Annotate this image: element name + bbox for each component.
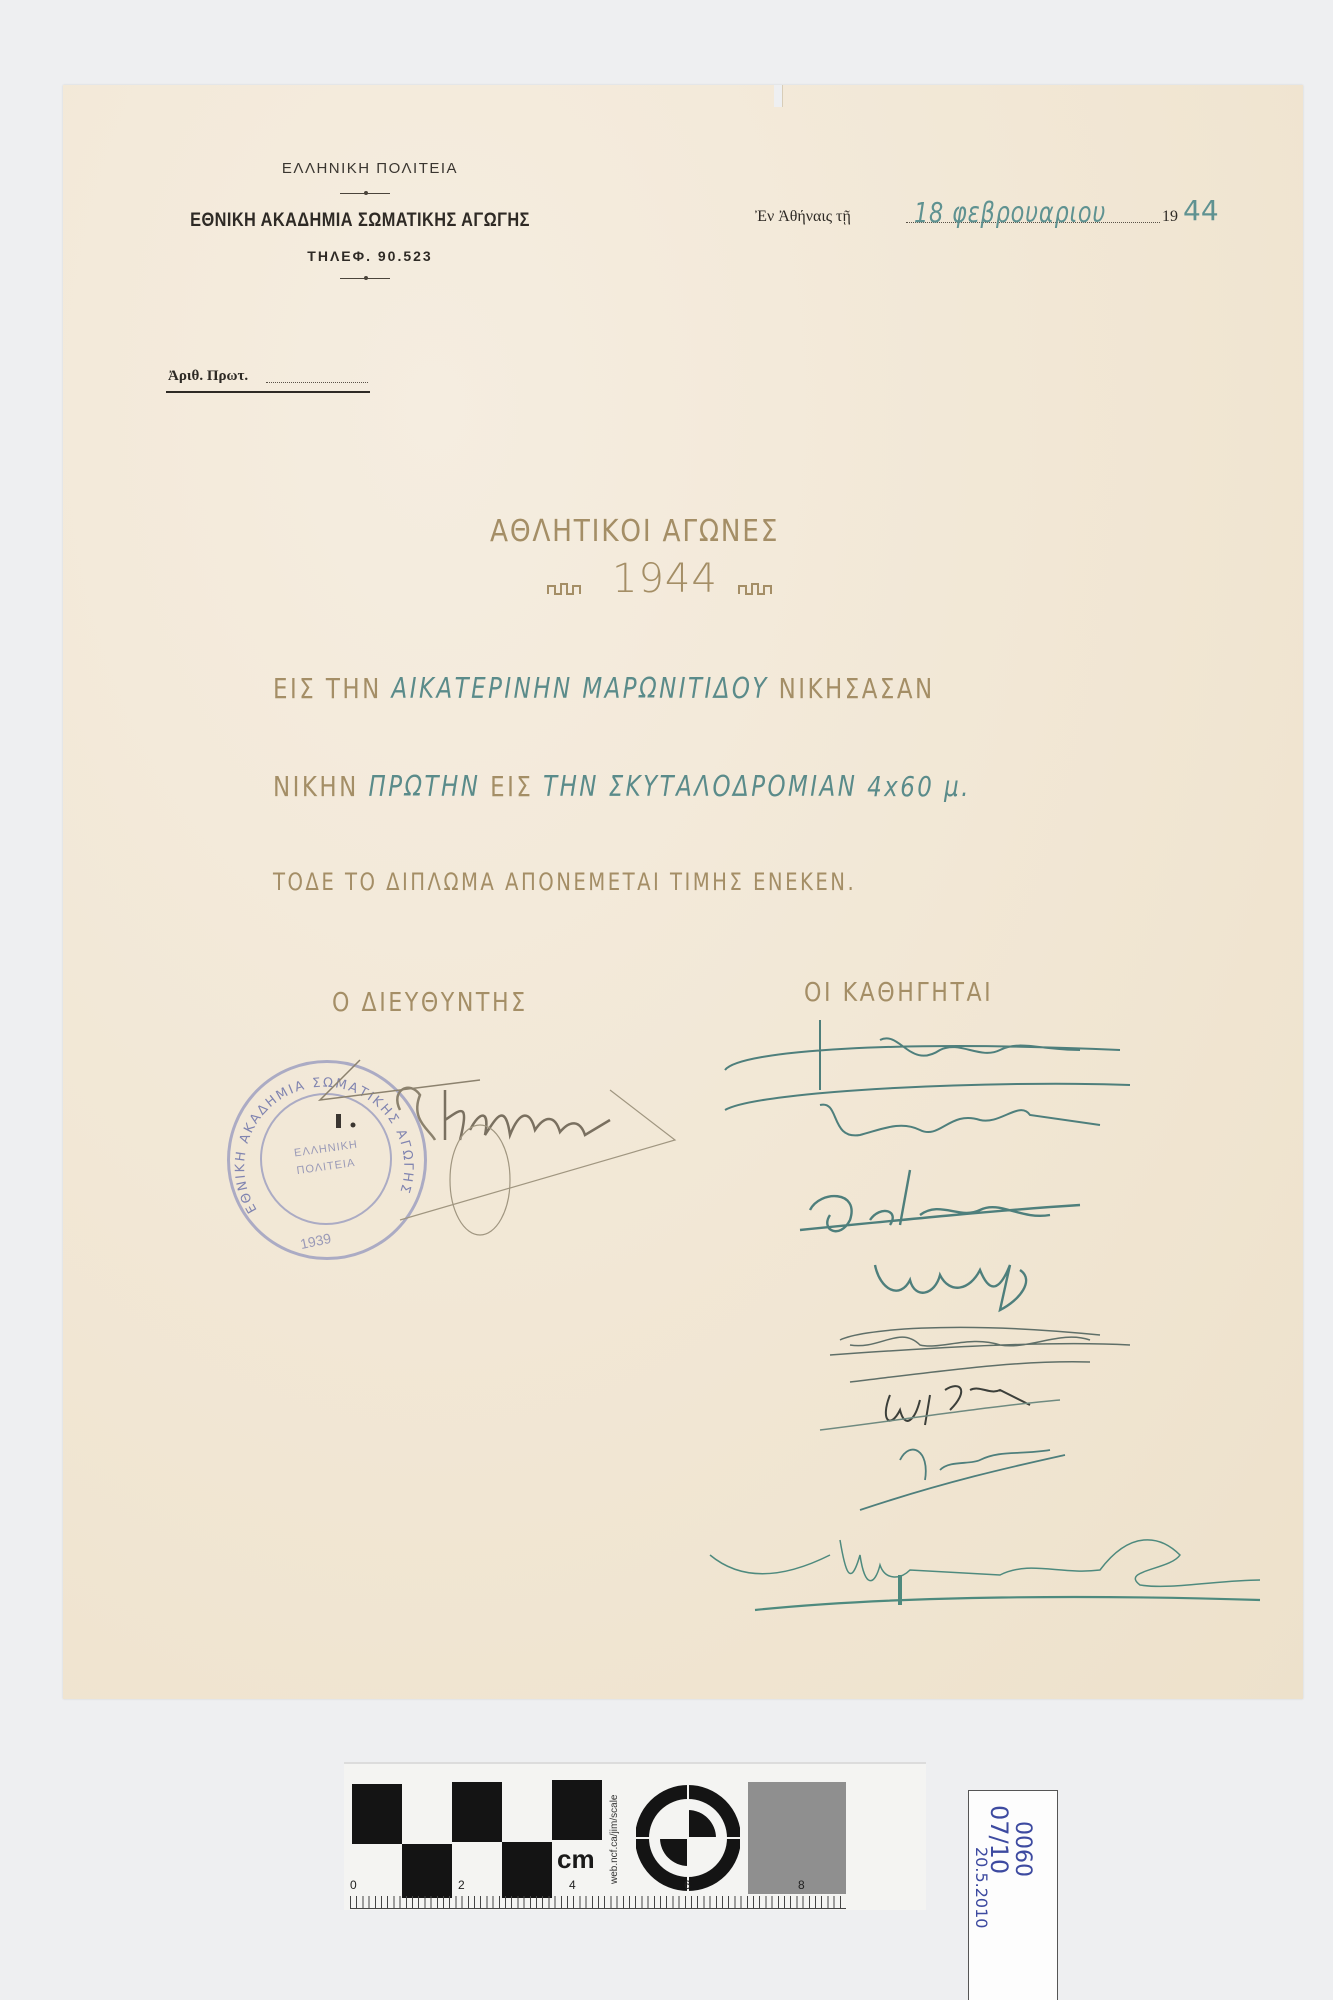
protocol-label: Ἀριθ. Πρωτ. — [168, 368, 248, 385]
scale-square — [552, 1780, 602, 1840]
date-year-handwritten: 44 — [1183, 194, 1219, 227]
scale-unit: cm — [557, 1844, 595, 1875]
body-line-2: ΝΙΚΗΝ ΠΡΩΤΗΝ ΕΙΣ ΤΗΝ ΣΚΥΤΑΛΟΔΡΟΜΙΑΝ 4x60… — [273, 770, 971, 803]
scale-tick-label: 6 — [684, 1878, 691, 1892]
body-line-1-suffix: ΝΙΚΗΣΑΣΑΝ — [779, 672, 935, 705]
recipient-name: ΑΙΚΑΤΕΡΙΝΗΝ ΜΑΡΩΝΙΤΙΔΟΥ — [392, 672, 769, 705]
professors-heading: ΟΙ ΚΑΘΗΓΗΤΑΙ — [804, 978, 993, 1008]
body-line-3: ΤΟΔΕ ΤΟ ΔΙΠΛΩΜΑ ΑΠΟΝΕΜΕΤΑΙ ΤΙΜΗΣ ΕΝΕΚΕΝ. — [273, 868, 856, 896]
scale-ruler-ticks — [350, 1896, 846, 1909]
scale-tick-label: 8 — [798, 1878, 805, 1892]
date-handwritten: 18 φεβρουαριου — [914, 196, 1106, 229]
letterhead-state: ΕΛΛΗΝΙΚΗ ΠΟΛΙΤΕΙΑ — [250, 160, 490, 177]
scale-tick-label: 0 — [350, 1878, 357, 1892]
body-line-1: ΕΙΣ ΤΗΝ ΑΙΚΑΤΕΡΙΝΗΝ ΜΑΡΩΝΙΤΙΔΟΥ ΝΙΚΗΣΑΣΑ… — [273, 672, 935, 705]
placement: ΠΡΩΤΗΝ — [369, 770, 481, 803]
body-line-2-prefix: ΝΙΚΗΝ — [273, 770, 359, 803]
professors-signatures — [700, 1010, 1260, 1610]
photo-scale-bar: cm web.ncf.ca/jim/scale 0 2 4 6 8 — [344, 1762, 926, 1910]
protocol-dotted-line — [266, 382, 368, 383]
paper-notch — [774, 85, 783, 107]
scale-tick-label: 2 — [458, 1878, 465, 1892]
body-line-2-mid: ΕΙΣ — [490, 770, 533, 803]
date-year-prefix: 19 — [1162, 208, 1178, 226]
body-line-1-prefix: ΕΙΣ ΤΗΝ — [273, 672, 382, 705]
scale-gray-patch — [748, 1782, 846, 1894]
meander-right-icon — [738, 582, 774, 596]
scale-tick-label: 4 — [569, 1878, 576, 1892]
diploma-year: 1944 — [612, 556, 718, 602]
event-name: ΤΗΝ ΣΚΥΤΑΛΟΔΡΟΜΙΑΝ 4x60 μ. — [543, 770, 971, 803]
director-signature — [320, 1050, 700, 1240]
scale-square — [502, 1842, 552, 1898]
meander-left-icon — [547, 582, 583, 596]
protocol-underline — [166, 391, 370, 393]
scale-square — [452, 1782, 502, 1842]
letterhead-phone: ΤΗΛΕΦ. 90.523 — [250, 248, 490, 264]
letterhead-divider-dot — [364, 191, 368, 195]
letterhead-institution: ΕΘΝΙΚΗ ΑΚΑΔΗΜΙΑ ΣΩΜΑΤΙΚΗΣ ΑΓΩΓΗΣ — [184, 210, 537, 232]
scale-square — [352, 1784, 402, 1844]
diploma-title: ΑΘΛΗΤΙΚΟΙ ΑΓΩΝΕΣ — [490, 514, 779, 549]
catalog-label: 0060 07/10 20.5.2010 — [968, 1790, 1058, 2000]
scale-square — [402, 1844, 452, 1898]
date-label: Ἐν Ἀθήναις τῇ — [755, 208, 851, 226]
letterhead-divider-dot-bottom — [364, 276, 368, 280]
catalog-date: 20.5.2010 — [972, 1847, 991, 1928]
scale-url: web.ncf.ca/jim/scale — [609, 1795, 620, 1884]
catalog-number: 0060 — [1010, 1821, 1035, 1877]
director-heading: Ο ΔΙΕΥΘΥΝΤΗΣ — [332, 988, 528, 1018]
